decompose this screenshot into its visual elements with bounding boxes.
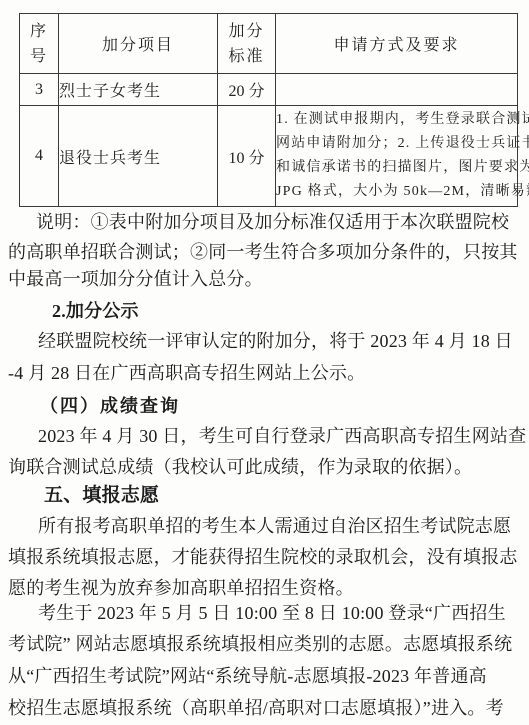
row4-score-cell: 10 分	[218, 106, 276, 207]
heading-score-query: （四）成绩查询	[40, 394, 180, 419]
header-cell-requirement: 申请方式及要求	[276, 14, 518, 74]
note-line-3: 中最高一项加分分值计入总分。	[8, 267, 263, 292]
header-cell-no: 序 号	[20, 14, 59, 74]
header-cell-score: 加分 标准	[218, 14, 276, 74]
heading-bonus-publicity: 2.加分公示	[52, 299, 139, 324]
header-cell-item: 加分项目	[59, 14, 218, 74]
volunteer-p1-line-3: 愿的考生视为放弃参加高职单招招生资格。	[8, 576, 354, 601]
row4-item-cell: 退役士兵考生	[59, 106, 218, 207]
row4-requirement-cell: 1. 在测试申报期内，考生登录联合测试 网站申请附加分；2. 上传退役士兵证书 …	[276, 106, 518, 207]
row4-requirement-line1: 1. 在测试申报期内，考生登录联合测试	[276, 108, 517, 132]
header-requirement-label: 申请方式及要求	[333, 37, 459, 54]
heading-volunteer: 五、填报志愿	[44, 483, 159, 508]
document-page: 序 号 加分项目 加分 标准 申请方式及要求 3 烈士子女考生 20 分 4 退…	[0, 0, 529, 725]
bonus-publicity-line-1: 经联盟院校统一评审认定的附加分，将于 2023 年 4 月 18 日	[38, 329, 513, 354]
row3-score-cell: 20 分	[218, 74, 276, 106]
table-row-3: 3 烈士子女考生 20 分	[20, 74, 518, 106]
bonus-points-table: 序 号 加分项目 加分 标准 申请方式及要求 3 烈士子女考生 20 分 4 退…	[19, 13, 518, 207]
table-header-row: 序 号 加分项目 加分 标准 申请方式及要求	[20, 14, 518, 74]
note-line-2: 的高职单招联合测试；②同一考生符合多项加分条件的，只按其	[8, 240, 518, 265]
volunteer-p2-line-1: 考生于 2023 年 5 月 5 日 10:00 至 8 日 10:00 登录“…	[38, 601, 506, 626]
row4-no-cell: 4	[20, 106, 59, 207]
row3-no-cell: 3	[20, 74, 59, 106]
volunteer-p1-line-1: 所有报考高职单招的考生本人需通过自治区招生考试院志愿	[38, 514, 511, 539]
row4-requirement-line3: 和诚信承诺书的扫描图片，图片要求为	[276, 156, 517, 180]
row4-requirement-line4: JPG 格式，大小为 50k—2M，清晰易辨。	[276, 180, 517, 204]
row3-item-cell: 烈士子女考生	[59, 74, 218, 106]
header-item-label: 加分项目	[102, 37, 174, 54]
row4-requirement-line2: 网站申请附加分；2. 上传退役士兵证书	[276, 132, 517, 156]
volunteer-p2-line-4: 校招生志愿填报系统（高职单招/高职对口志愿填报）”进入。考	[8, 696, 504, 721]
volunteer-p2-line-3: 从“广西招生考试院”网站“系统导航-志愿填报-2023 年普通高	[8, 664, 487, 689]
score-query-line-1: 2023 年 4 月 30 日，考生可自行登录广西高职高专招生网站查	[38, 424, 526, 449]
header-no-line1: 序	[20, 19, 58, 44]
volunteer-p2-line-2: 考试院” 网站志愿填报系统填报相应类别的志愿。志愿填报系统	[8, 632, 512, 657]
header-no-line2: 号	[20, 44, 58, 69]
volunteer-p1-line-2: 填报系统填报志愿，才能获得招生院校的录取机会，没有填报志	[8, 545, 518, 570]
bonus-publicity-line-2: -4 月 28 日在广西高职高专招生网站上公示。	[8, 361, 365, 386]
row3-requirement-cell-empty	[276, 74, 518, 106]
header-score-line1: 加分	[218, 19, 275, 44]
header-score-line2: 标准	[218, 44, 275, 69]
score-query-line-2: 询联合测试总成绩（我校认可此成绩，作为录取的依据）。	[8, 455, 472, 480]
table-row-4: 4 退役士兵考生 10 分 1. 在测试申报期内，考生登录联合测试 网站申请附加…	[20, 106, 518, 207]
note-line-1: 说明：①表中附加分项目及加分标准仅适用于本次联盟院校	[36, 210, 509, 235]
